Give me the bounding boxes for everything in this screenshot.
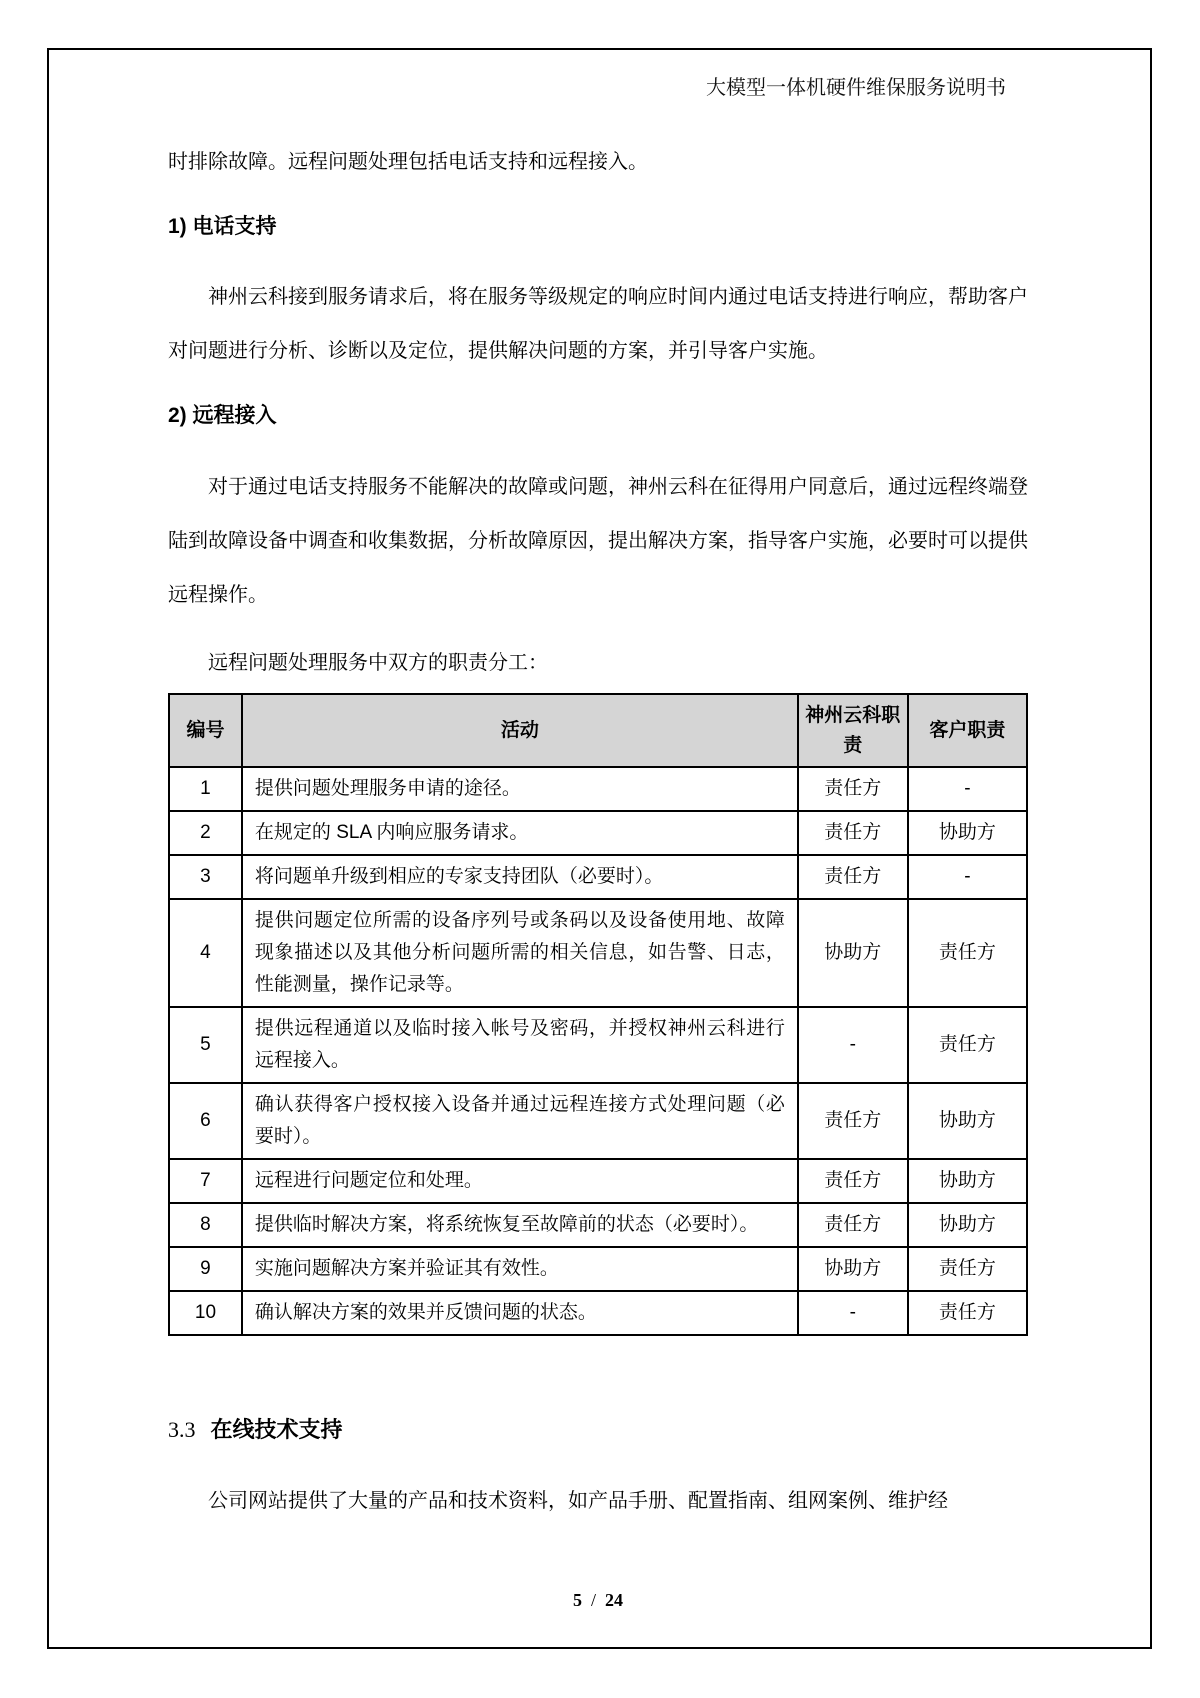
table-row: 3将问题单升级到相应的专家支持团队（必要时）。责任方- bbox=[169, 855, 1027, 899]
cell-number: 4 bbox=[169, 899, 242, 1007]
page-number-separator: / bbox=[591, 1590, 596, 1610]
page-footer: 5/24 bbox=[168, 1587, 1028, 1613]
cell-number: 3 bbox=[169, 855, 242, 899]
cell-customer-duty: 协助方 bbox=[908, 1159, 1027, 1203]
cell-customer-duty: 协助方 bbox=[908, 811, 1027, 855]
cell-activity: 远程进行问题定位和处理。 bbox=[242, 1159, 798, 1203]
table-row: 8提供临时解决方案，将系统恢复至故障前的状态（必要时）。责任方协助方 bbox=[169, 1203, 1027, 1247]
heading-phone-support: 1) 电话支持 bbox=[168, 212, 1028, 242]
cell-customer-duty: 协助方 bbox=[908, 1203, 1027, 1247]
cell-customer-duty: 责任方 bbox=[908, 899, 1027, 1007]
header-cell-activity: 活动 bbox=[242, 694, 798, 767]
current-page-number: 5 bbox=[573, 1590, 582, 1610]
cell-activity: 提供临时解决方案，将系统恢复至故障前的状态（必要时）。 bbox=[242, 1203, 798, 1247]
table-row: 2在规定的 SLA 内响应服务请求。责任方协助方 bbox=[169, 811, 1027, 855]
cell-customer-duty: - bbox=[908, 767, 1027, 811]
cell-vendor-duty: 责任方 bbox=[798, 1083, 908, 1159]
header-cell-customer-duty: 客户职责 bbox=[908, 694, 1027, 767]
cell-activity: 确认解决方案的效果并反馈问题的状态。 bbox=[242, 1291, 798, 1335]
cell-activity: 实施问题解决方案并验证其有效性。 bbox=[242, 1247, 798, 1291]
table-row: 6确认获得客户授权接入设备并通过远程连接方式处理问题（必要时）。责任方协助方 bbox=[169, 1083, 1027, 1159]
section-title: 在线技术支持 bbox=[211, 1417, 343, 1442]
paragraph-remote-access: 对于通过电话支持服务不能解决的故障或问题，神州云科在征得用户同意后，通过远程终端… bbox=[168, 460, 1028, 622]
cell-vendor-duty: 责任方 bbox=[798, 1159, 908, 1203]
cell-number: 7 bbox=[169, 1159, 242, 1203]
cell-activity: 提供问题定位所需的设备序列号或条码以及设备使用地、故障现象描述以及其他分析问题所… bbox=[242, 899, 798, 1007]
document-page: 大模型一体机硬件维保服务说明书 时排除故障。远程问题处理包括电话支持和远程接入。… bbox=[47, 48, 1152, 1649]
table-row: 7远程进行问题定位和处理。责任方协助方 bbox=[169, 1159, 1027, 1203]
table-row: 10确认解决方案的效果并反馈问题的状态。-责任方 bbox=[169, 1291, 1027, 1335]
cell-number: 8 bbox=[169, 1203, 242, 1247]
cell-vendor-duty: - bbox=[798, 1291, 908, 1335]
cell-number: 2 bbox=[169, 811, 242, 855]
responsibility-table-wrapper: 编号 活动 神州云科职责 客户职责 1提供问题处理服务申请的途径。责任方-2在规… bbox=[168, 693, 1028, 1336]
cell-customer-duty: - bbox=[908, 855, 1027, 899]
cell-vendor-duty: 责任方 bbox=[798, 1203, 908, 1247]
header-cell-no: 编号 bbox=[169, 694, 242, 767]
cell-activity: 提供问题处理服务申请的途径。 bbox=[242, 767, 798, 811]
cell-activity: 将问题单升级到相应的专家支持团队（必要时）。 bbox=[242, 855, 798, 899]
cell-number: 5 bbox=[169, 1007, 242, 1083]
cell-number: 6 bbox=[169, 1083, 242, 1159]
cell-activity: 提供远程通道以及临时接入帐号及密码，并授权神州云科进行远程接入。 bbox=[242, 1007, 798, 1083]
section-33-heading: 3.3在线技术支持 bbox=[168, 1414, 1028, 1446]
page-content: 大模型一体机硬件维保服务说明书 时排除故障。远程问题处理包括电话支持和远程接入。… bbox=[168, 50, 1028, 1647]
responsibility-table: 编号 活动 神州云科职责 客户职责 1提供问题处理服务申请的途径。责任方-2在规… bbox=[168, 693, 1028, 1336]
cell-customer-duty: 责任方 bbox=[908, 1007, 1027, 1083]
cell-vendor-duty: - bbox=[798, 1007, 908, 1083]
table-row: 9实施问题解决方案并验证其有效性。协助方责任方 bbox=[169, 1247, 1027, 1291]
intro-paragraph: 时排除故障。远程问题处理包括电话支持和远程接入。 bbox=[168, 148, 1028, 176]
table-row: 1提供问题处理服务申请的途径。责任方- bbox=[169, 767, 1027, 811]
cell-activity: 确认获得客户授权接入设备并通过远程连接方式处理问题（必要时）。 bbox=[242, 1083, 798, 1159]
cell-customer-duty: 责任方 bbox=[908, 1247, 1027, 1291]
section-number: 3.3 bbox=[168, 1417, 196, 1442]
header-cell-vendor-duty: 神州云科职责 bbox=[798, 694, 908, 767]
total-page-count: 24 bbox=[605, 1590, 623, 1610]
cell-vendor-duty: 协助方 bbox=[798, 899, 908, 1007]
cell-vendor-duty: 协助方 bbox=[798, 1247, 908, 1291]
cell-number: 9 bbox=[169, 1247, 242, 1291]
cell-vendor-duty: 责任方 bbox=[798, 855, 908, 899]
cell-vendor-duty: 责任方 bbox=[798, 767, 908, 811]
table-row: 5提供远程通道以及临时接入帐号及密码，并授权神州云科进行远程接入。-责任方 bbox=[169, 1007, 1027, 1083]
cell-vendor-duty: 责任方 bbox=[798, 811, 908, 855]
table-row: 4提供问题定位所需的设备序列号或条码以及设备使用地、故障现象描述以及其他分析问题… bbox=[169, 899, 1027, 1007]
closing-paragraph: 公司网站提供了大量的产品和技术资料，如产品手册、配置指南、组网案例、维护经 bbox=[168, 1487, 1028, 1515]
table-header-row: 编号 活动 神州云科职责 客户职责 bbox=[169, 694, 1027, 767]
cell-number: 10 bbox=[169, 1291, 242, 1335]
cell-customer-duty: 协助方 bbox=[908, 1083, 1027, 1159]
paragraph-phone-support: 神州云科接到服务请求后，将在服务等级规定的响应时间内通过电话支持进行响应，帮助客… bbox=[168, 270, 1028, 378]
table-intro-paragraph: 远程问题处理服务中双方的职责分工： bbox=[168, 649, 1028, 677]
cell-activity: 在规定的 SLA 内响应服务请求。 bbox=[242, 811, 798, 855]
table-body: 1提供问题处理服务申请的途径。责任方-2在规定的 SLA 内响应服务请求。责任方… bbox=[169, 767, 1027, 1335]
heading-remote-access: 2) 远程接入 bbox=[168, 401, 1028, 431]
cell-customer-duty: 责任方 bbox=[908, 1291, 1027, 1335]
running-header-title: 大模型一体机硬件维保服务说明书 bbox=[168, 74, 1028, 102]
cell-number: 1 bbox=[169, 767, 242, 811]
